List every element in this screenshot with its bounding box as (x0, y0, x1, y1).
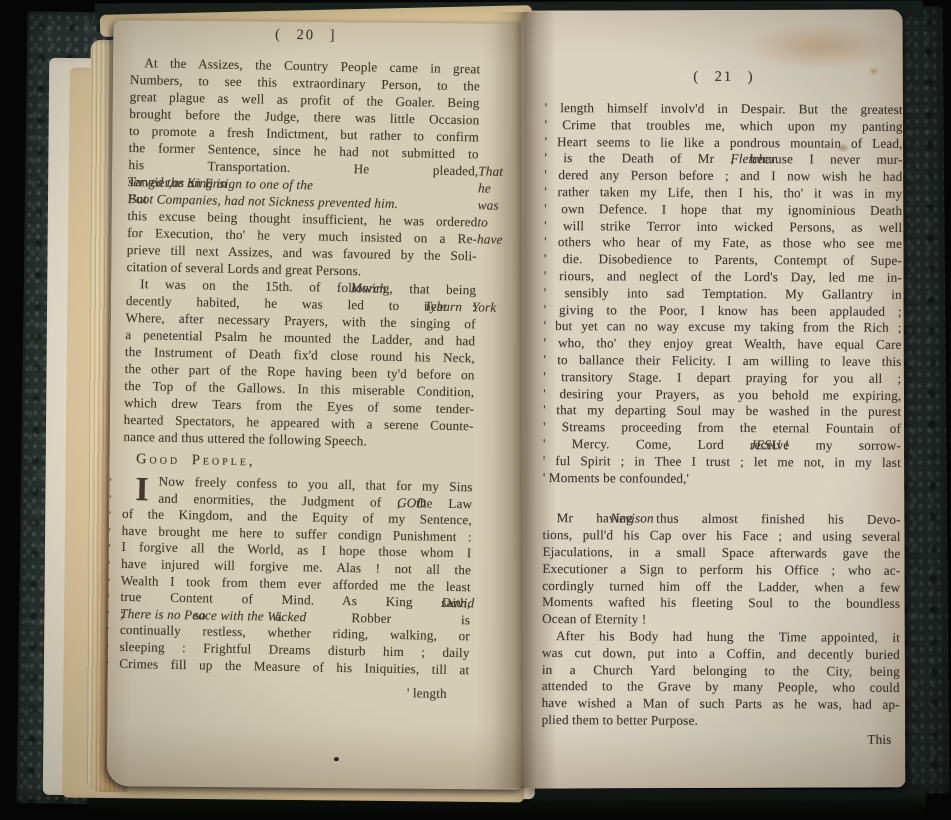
text-line: ' Heart seems to lie like a pondrous mou… (545, 134, 903, 153)
text-line: Executioner a Sign to perform his Office… (542, 561, 900, 580)
text-line: ' Streams proceeding from the eternal Fo… (543, 419, 901, 438)
speech-salutation: Good People, (123, 451, 473, 475)
text-line: After his Body had hung the Time appoint… (542, 628, 900, 647)
margin-quote-mark: ' (108, 558, 118, 575)
text-line: ' giving to the Poor, I know has been ap… (544, 302, 902, 321)
speech-continuation: ' length himself involv'd in Despair. Bu… (543, 100, 903, 488)
margin-quote-mark: ' (109, 524, 119, 541)
margin-quote-mark: ' (108, 541, 118, 558)
text-line: ' is the Death of Mr Fletcher, because I… (544, 150, 902, 169)
text-line: was cut down, put into a Coffin, and dec… (542, 645, 900, 664)
paragraph-execution: It was on the 15th. of March following, … (123, 275, 476, 451)
text-line: ' that my departing Soul may be washed i… (543, 402, 901, 421)
text-line: ' rather taken my Life, then I his, tho'… (544, 184, 902, 203)
text-line: Ejaculations, in a small Space afterward… (542, 544, 900, 563)
text-line: ' to ballance their Felicity. I am willi… (543, 352, 901, 371)
text-line: ' transitory Stage. I depart praying for… (543, 369, 901, 388)
page-20-text: ( 20 ] At the Assizes, the Country Peopl… (119, 24, 481, 702)
margin-quote-mark: ' (109, 508, 119, 525)
text-line: ' Mercy. Come, Lord JESU ! receive my so… (543, 436, 901, 455)
page-21-text: ( 21 ) ' length himself involv'd in Desp… (541, 68, 903, 748)
page-21-number: ( 21 ) (545, 68, 903, 88)
text-line: Ocean of Eternity ! (542, 611, 900, 630)
photo-background: ( 20 ] At the Assizes, the Country Peopl… (0, 0, 951, 820)
text-line: tions, pull'd his Cap over his Face ; an… (543, 527, 901, 546)
margin-quote-mark: ' (109, 475, 119, 492)
text-line: plied them to better Purpose. (542, 712, 900, 731)
text-line: Moments wafted his fleeting Soul to the … (542, 594, 900, 613)
margin-quote-mark: ' (107, 607, 117, 624)
text-line: ' but yet can no way excuse my taking fr… (544, 318, 902, 337)
text-line: ' Crime that troubles me, which upon my … (545, 117, 903, 136)
ink-dot (334, 757, 339, 761)
speech-lines: Now freely confess to you all, that for … (119, 473, 473, 679)
margin-quote-mark: ' (109, 491, 119, 508)
text-line: ' who, tho' they enjoy great Wealth, hav… (544, 335, 902, 354)
text-line: Mr Nevison having thus almost finished h… (543, 510, 901, 529)
margin-quote-mark: ' (107, 591, 117, 608)
margin-quote-mark: ' (106, 657, 116, 674)
text-line: ' own Defence. I hope that my ignominiou… (544, 201, 902, 220)
text-line: attended to the Grave by many People, wh… (542, 678, 900, 697)
text-line: ' dered any Person before ; and I now wi… (544, 167, 902, 186)
text-line: ' riours, and neglect of the Lord's Day,… (544, 268, 902, 287)
text-line: cordingly turned him off the Ladder, whe… (542, 578, 900, 597)
text-line: ' Moments be confounded,' (543, 470, 901, 489)
paragraph-assizes: At the Assizes, the Country People came … (126, 54, 480, 281)
margin-quote-mark: ' (107, 624, 117, 641)
text-line: ' sensibly into sad Temptation. My Galla… (544, 285, 902, 304)
drop-cap-letter: I (135, 474, 149, 505)
margin-quote-mark: ' (106, 641, 116, 658)
paragraph-nevison: Mr Nevison having thus almost finished h… (542, 510, 901, 629)
margin-quote-mark: ' (108, 574, 118, 591)
paragraph-burial: After his Body had hung the Time appoint… (542, 628, 901, 731)
text-line: ' will strike Terror into wicked Persons… (544, 218, 902, 237)
text-line: ' desiring your Prayers, as you behold m… (543, 386, 901, 405)
text-line: ' length himself involv'd in Despair. Bu… (545, 100, 903, 119)
text-line: ' others who hear of my Fate, as those w… (544, 234, 902, 253)
speech-block: I '''''''''''' Now freely confess to you… (119, 473, 473, 679)
text-line: in a Church Yard belonging to the City, … (542, 661, 900, 680)
text-line: ' die. Disobedience to Parents, Contempt… (544, 251, 902, 270)
foxing-stain-top (746, 23, 896, 70)
catchword-page-21: This (541, 730, 899, 749)
text-line: ' ful Spirit ; in Thee I trust ; let me … (543, 453, 901, 472)
text-line: have wished a Man of such Parts as he wa… (542, 695, 900, 714)
